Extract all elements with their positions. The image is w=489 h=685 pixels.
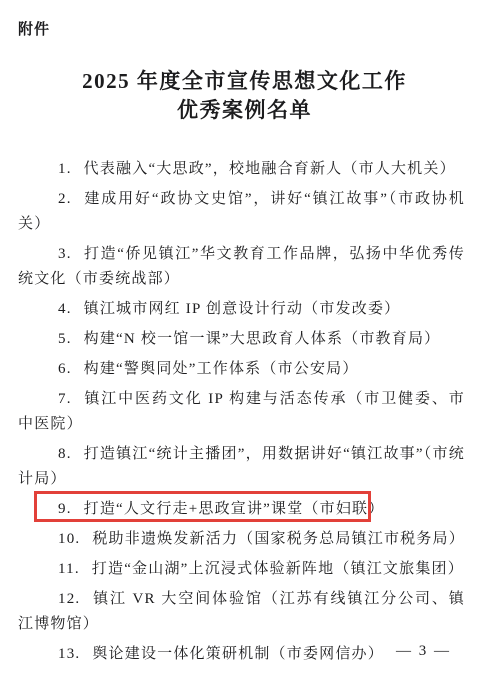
item-text: 打造“侨见镇江”华文教育工作品牌，弘扬中华优秀传统文化（市委统战部） bbox=[18, 246, 465, 287]
item-text: 舆论建设一体化策研机制（市委网信办） bbox=[92, 646, 384, 662]
item-text: 构建“警舆同处”工作体系（市公安局） bbox=[84, 361, 359, 377]
item-number: 10. bbox=[58, 531, 92, 547]
list-item: 3.打造“侨见镇江”华文教育工作品牌，弘扬中华优秀传统文化（市委统战部） bbox=[18, 242, 465, 292]
item-number: 4. bbox=[58, 301, 84, 317]
attachment-label: 附件 bbox=[0, 0, 489, 40]
item-text: 建成用好“政协文史馆”，讲好“镇江故事”（市政协机关） bbox=[18, 191, 465, 232]
item-text: 镇江中医药文化 IP 构建与活态传承（市卫健委、市中医院） bbox=[18, 391, 465, 432]
list-item: 5.构建“N 校一馆一课”大思政育人体系（市教育局） bbox=[18, 327, 465, 352]
item-text: 打造“人文行走+思政宣讲”课堂（市妇联） bbox=[84, 501, 385, 517]
item-number: 8. bbox=[58, 446, 84, 462]
item-text: 打造镇江“统计主播团”，用数据讲好“镇江故事”（市统计局） bbox=[18, 446, 465, 487]
title-line-1: 2025 年度全市宣传思想文化工作 bbox=[0, 67, 489, 96]
item-number: 2. bbox=[58, 191, 84, 207]
item-number: 13. bbox=[58, 646, 92, 662]
item-number: 12. bbox=[58, 591, 92, 607]
item-number: 5. bbox=[58, 331, 84, 347]
list-item: 9.打造“人文行走+思政宣讲”课堂（市妇联） bbox=[18, 497, 465, 522]
item-text: 代表融入“大思政”，校地融合育新人（市人大机关） bbox=[84, 161, 456, 177]
list-item: 1.代表融入“大思政”，校地融合育新人（市人大机关） bbox=[18, 157, 465, 182]
item-text: 打造“金山湖”上沉浸式体验新阵地（镇江文旅集团） bbox=[92, 561, 464, 577]
document-title: 2025 年度全市宣传思想文化工作 优秀案例名单 bbox=[0, 67, 489, 125]
list-item: 7.镇江中医药文化 IP 构建与活态传承（市卫健委、市中医院） bbox=[18, 387, 465, 437]
list-item: 2.建成用好“政协文史馆”，讲好“镇江故事”（市政协机关） bbox=[18, 187, 465, 237]
item-number: 11. bbox=[58, 561, 92, 577]
list-item: 6.构建“警舆同处”工作体系（市公安局） bbox=[18, 357, 465, 382]
list-item: 12.镇江 VR 大空间体验馆（江苏有线镇江分公司、镇江博物馆） bbox=[18, 587, 465, 637]
item-text: 构建“N 校一馆一课”大思政育人体系（市教育局） bbox=[84, 331, 441, 347]
item-number: 7. bbox=[58, 391, 84, 407]
list-item: 4.镇江城市网红 IP 创意设计行动（市发改委） bbox=[18, 297, 465, 322]
document-page: 附件 2025 年度全市宣传思想文化工作 优秀案例名单 1.代表融入“大思政”，… bbox=[0, 0, 489, 685]
list-item: 8.打造镇江“统计主播团”，用数据讲好“镇江故事”（市统计局） bbox=[18, 442, 465, 492]
item-text: 镇江城市网红 IP 创意设计行动（市发改委） bbox=[84, 301, 401, 317]
item-number: 6. bbox=[58, 361, 84, 377]
case-list: 1.代表融入“大思政”，校地融合育新人（市人大机关） 2.建成用好“政协文史馆”… bbox=[0, 157, 489, 667]
list-item: 11.打造“金山湖”上沉浸式体验新阵地（镇江文旅集团） bbox=[18, 557, 465, 582]
list-item: 10.税助非遗焕发新活力（国家税务总局镇江市税务局） bbox=[18, 527, 465, 552]
title-line-2: 优秀案例名单 bbox=[0, 96, 489, 125]
item-text: 税助非遗焕发新活力（国家税务总局镇江市税务局） bbox=[92, 531, 465, 547]
item-number: 3. bbox=[58, 246, 84, 262]
item-number: 9. bbox=[58, 501, 84, 517]
item-number: 1. bbox=[58, 161, 84, 177]
page-number: — 3 — bbox=[396, 643, 451, 660]
